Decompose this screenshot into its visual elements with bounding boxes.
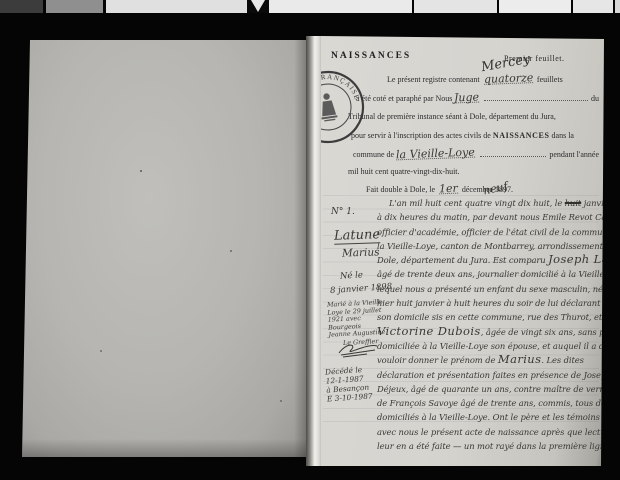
preamble-line-5: commune de la Vieille-Loye pendant l'ann…: [353, 149, 599, 159]
margin-surname: Latune: [334, 227, 381, 245]
preamble-line-1: Le présent registre contenant quatorze f…: [387, 74, 563, 84]
film-edge-segment: [0, 0, 43, 13]
act-number: N° 1.: [331, 207, 355, 217]
act-line: son domicile sis en cette commune, rue d…: [377, 310, 603, 324]
act-line: officier d'académie, officier de l'état …: [377, 225, 603, 239]
page-bottom-shadow: [20, 439, 308, 457]
book-gutter: [306, 36, 322, 466]
birth-act-text: L'an mil huit cent quatre vingt dix huit…: [377, 196, 603, 453]
act-line: la Vieille-Loye, canton de Montbarrey, a…: [377, 239, 603, 253]
film-edge-segment: [269, 0, 412, 13]
act-line: déclaration et présentation faites en pr…: [377, 368, 603, 382]
left-page-blank: [20, 40, 308, 457]
margin-firstname: Marius: [342, 246, 380, 259]
act-line: L'an mil huit cent quatre vingt dix huit…: [377, 196, 603, 210]
interlinear-insertion: neuf: [482, 180, 509, 198]
greffier-signature: [337, 340, 381, 358]
microfilm-scan: { "page": { "header": { "title": "NAISSA…: [0, 0, 620, 480]
film-edge-segment: [499, 0, 571, 13]
mother-name: Victorine Dubois: [377, 324, 481, 338]
dotted-blank: [480, 156, 546, 157]
death-margin-note: Décédé le 12-1-1987 à Besançon E 3-10-19…: [325, 364, 373, 403]
film-edge-segment: [414, 0, 497, 13]
handwritten-commune: la Vieille-Loye: [396, 148, 475, 161]
act-line: domiciliée à la Vieille-Loye son épouse,…: [377, 339, 603, 353]
act-line: de François Savoye âgé de trente ans, co…: [377, 396, 603, 410]
marianne-figure: [318, 92, 338, 122]
film-edge-segment: [573, 0, 613, 13]
acts-type-label: NAISSANCES: [493, 131, 550, 140]
preamble-line-4: pour servir à l'inscription des actes ci…: [351, 131, 574, 140]
preamble-line-3: Tribunal de première instance séant à Do…: [348, 112, 556, 121]
margin-born-label: Né le: [340, 270, 363, 281]
dotted-blank: [484, 100, 588, 101]
act-line: Dole, département du Jura. Est comparu J…: [377, 253, 603, 267]
handwritten-folio-count: quatorze: [483, 73, 533, 85]
film-notch: [247, 0, 269, 13]
preamble-line-2: a été coté et paraphé par Nous Juge du: [356, 93, 599, 103]
struck-word: huit: [565, 198, 581, 208]
act-line: âgé de trente deux ans, journalier domic…: [377, 267, 603, 281]
act-line: domiciliés à la Vieille-Loye. Ont le pèr…: [377, 410, 603, 424]
child-firstname: Marius: [498, 352, 542, 366]
act-line: Victorine Dubois, âgée de vingt six ans,…: [377, 325, 603, 339]
act-line: leur en a été faite — un mot rayé dans l…: [377, 439, 603, 453]
act-line: lequel nous a présenté un enfant du sexe…: [377, 282, 603, 296]
act-line: à dix heures du matin, par devant nous E…: [377, 210, 603, 224]
father-name: Joseph Latune: [548, 252, 620, 266]
preamble-line-6: mil huit cent quatre-vingt-dix-huit.: [348, 167, 460, 176]
act-line: Déjeux, âgé de quarante un ans, contre m…: [377, 382, 603, 396]
handwritten-judge: Juge: [454, 93, 479, 104]
dust-specks: [140, 170, 142, 172]
register-page: NAISSANCES Premier feuillet. RÉPUBLIQUE …: [321, 36, 606, 466]
film-edge-segment: [106, 0, 247, 13]
film-edge-segment: [46, 0, 103, 13]
handwritten-day: 1er: [439, 184, 458, 195]
act-line: vouloir donner le prénom de Marius. Les …: [377, 353, 603, 367]
act-line: avec nous le présent acte de naissance a…: [377, 425, 603, 439]
page-title: NAISSANCES: [331, 51, 411, 61]
film-edge-strip: [0, 0, 620, 13]
film-edge-segment: [615, 0, 620, 13]
act-line: hier huit janvier à huit heures du soir …: [377, 296, 603, 310]
